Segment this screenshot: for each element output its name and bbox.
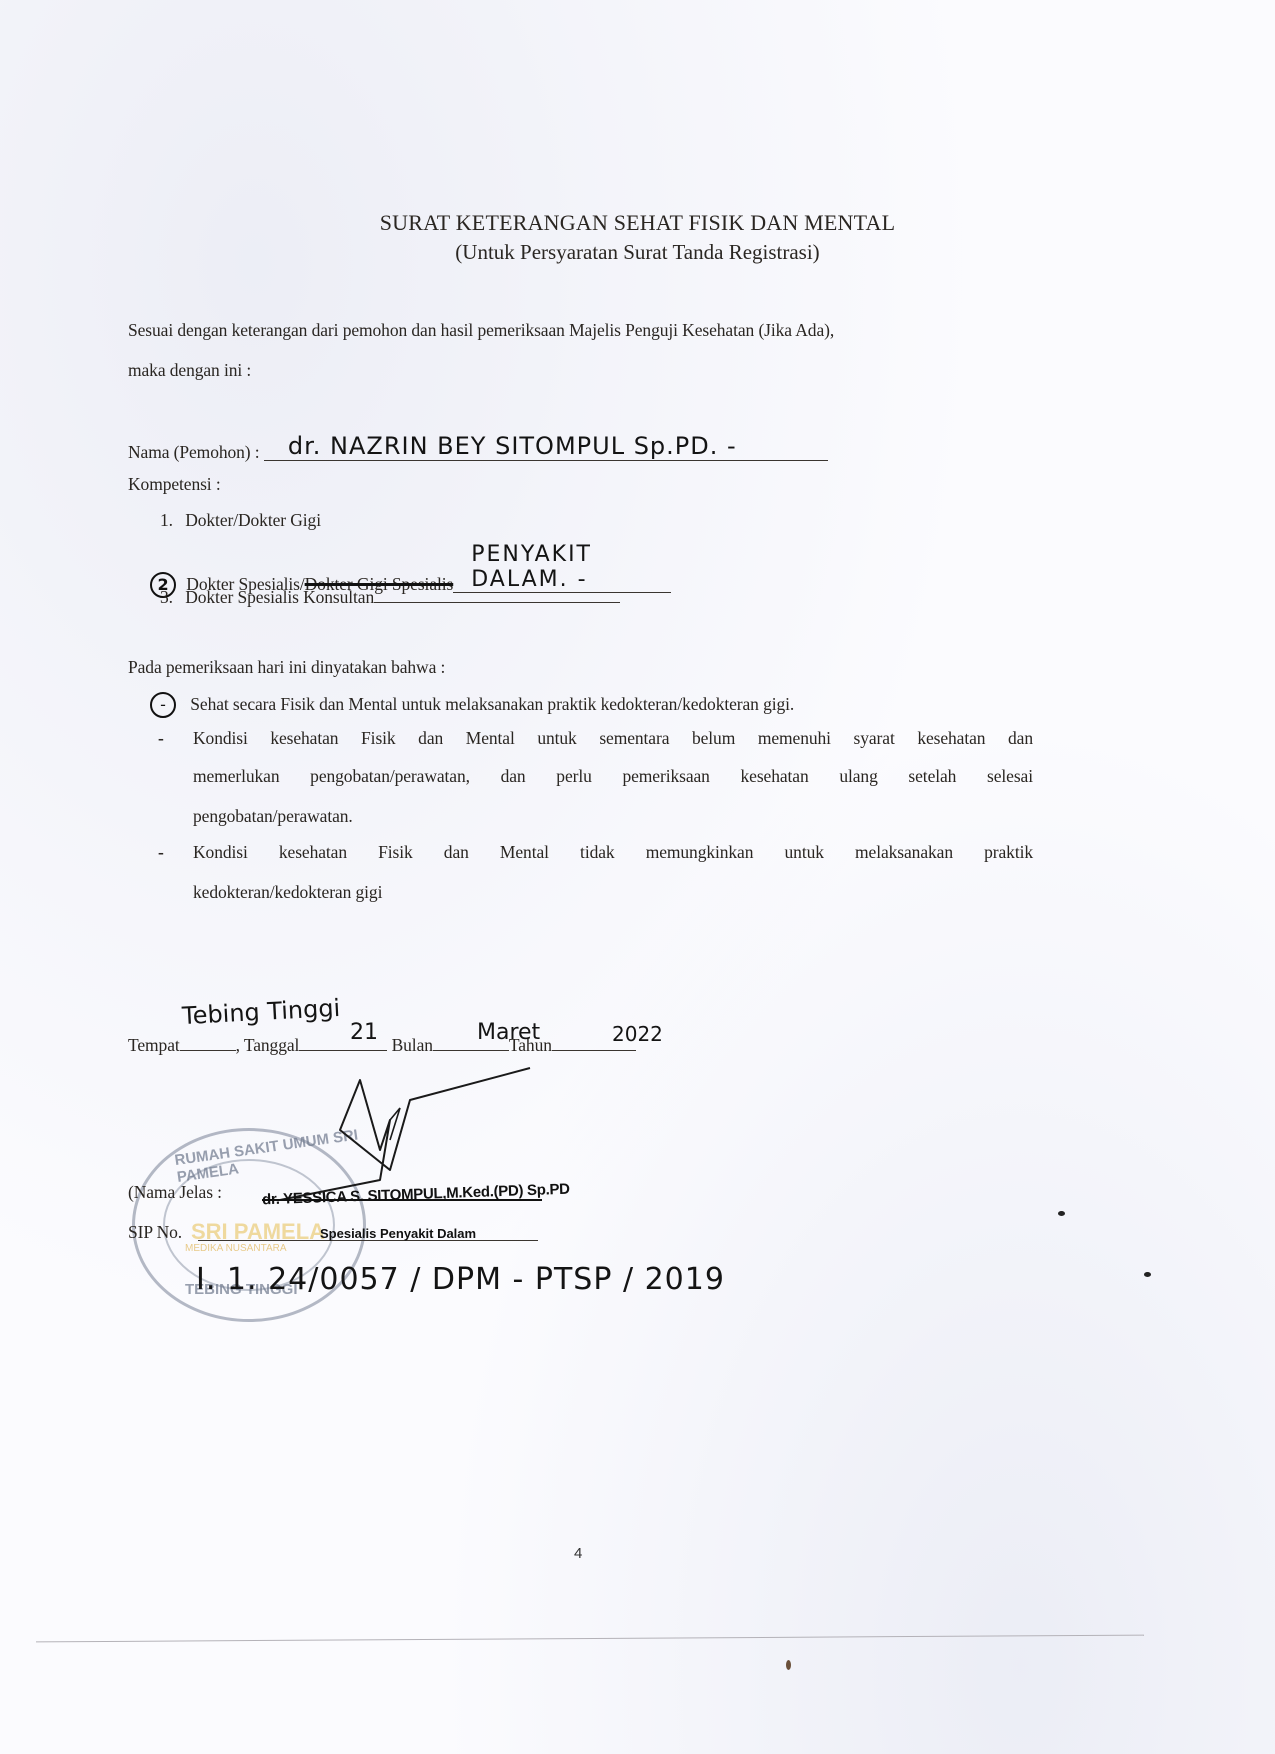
selected-circle-icon: - [150,692,176,718]
stamp-middle-text: SRI PAMELA [191,1219,325,1245]
examination-label: Pada pemeriksaan hari ini dinyatakan bah… [128,657,445,678]
competence-label: Kompetensi : [128,474,221,495]
competence-item-3[interactable]: 3. Dokter Spesialis Konsultan [160,584,620,608]
statement-2-line-3: pengobatan/perawatan. [193,806,353,827]
dash-icon: - [158,728,164,748]
statement-1[interactable]: - Sehat secara Fisik dan Mental untuk me… [150,692,794,718]
competence-item-number: 3. [160,587,173,607]
applicant-value[interactable]: dr. NAZRIN BEY SITOMPUL Sp.PD. - [264,432,828,461]
competence-item-text: Dokter Spesialis Konsultan [185,587,374,607]
applicant-field: Nama (Pemohon) : dr. NAZRIN BEY SITOMPUL… [128,436,828,465]
ink-speck [1144,1272,1151,1277]
competence-item-number: 1. [160,510,173,530]
stamp-sub-text: MEDIKA NUSANTARA [185,1243,287,1254]
page-number: 4 [574,1545,582,1562]
statement-2-line-1: Kondisi kesehatan Fisik dan Mental untuk… [193,728,1033,749]
document-title: SURAT KETERANGAN SEHAT FISIK DAN MENTAL [0,210,1275,236]
place-date-row: Tempat, Tanggal BulanTahun [128,1034,636,1056]
day-label: , Tanggal [236,1035,300,1055]
intro-line-1: Sesuai dengan keterangan dari pemohon da… [128,320,1053,341]
dash-icon: - [158,842,164,862]
statement-3-line-1: Kondisi kesehatan Fisik dan Mental tidak… [193,842,1033,863]
statement-3-marker: - [158,842,164,863]
document-subtitle: (Untuk Persyaratan Surat Tanda Registras… [0,240,1275,265]
year-value[interactable]: 2022 [612,1022,663,1046]
applicant-label: Nama (Pemohon) : [128,442,260,462]
competence-item-text: Dokter/Dokter Gigi [185,510,321,530]
statement-2-line-2: memerlukan pengobatan/perawatan, dan per… [193,766,1033,787]
place-label: Tempat [128,1035,180,1055]
intro-line-2: maka dengan ini : [128,360,251,381]
competence-item-1[interactable]: 1. Dokter/Dokter Gigi [160,510,321,531]
consultant-value[interactable] [374,584,620,603]
month-label: Bulan [392,1035,433,1055]
month-value[interactable]: Maret [477,1020,540,1045]
statement-2-marker: - [158,728,164,749]
statement-3-line-2: kedokteran/kedokteran gigi [193,882,382,903]
sip-value[interactable]: I. 1. 24/0057 / DPM - PTSP / 2019 [196,1262,725,1297]
signatory-name-label: (Nama Jelas : [128,1182,222,1203]
sip-label: SIP No. [128,1222,182,1243]
signatory-specialty: Spesialis Penyakit Dalam [320,1226,476,1241]
statement-text: Sehat secara Fisik dan Mental untuk mela… [190,694,794,714]
place-blank [180,1034,236,1051]
ink-speck [786,1660,791,1670]
day-value[interactable]: 21 [350,1020,378,1045]
ink-speck [1058,1211,1065,1216]
